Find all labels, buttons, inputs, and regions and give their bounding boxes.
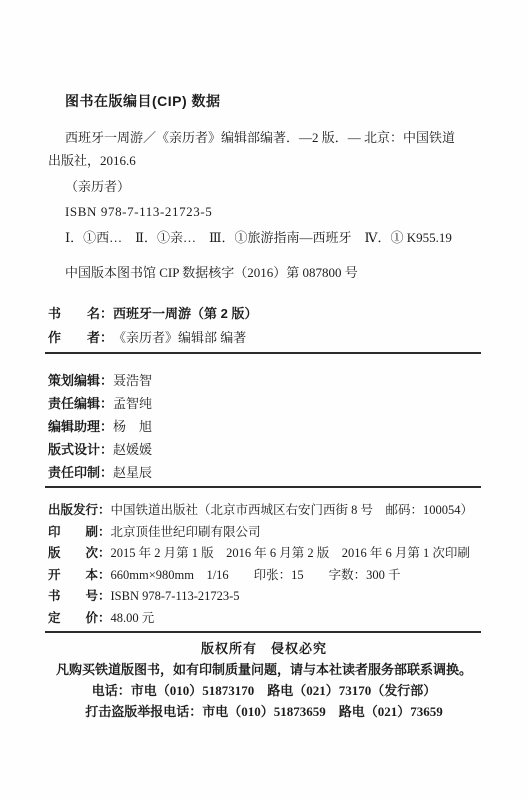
divider-bottom [45, 631, 481, 633]
cip-description-line1: 西班牙一周游／《亲历者》编辑部编著．—2 版．— 北京：中国铁道 [65, 126, 480, 149]
publisher-value: 中国铁道出版社（北京市西城区右安门西街 8 号 邮码：100054） [111, 500, 474, 522]
book-info-block: 书 名： 西班牙一周游（第 2 版） 作 者： 《亲历者》编辑部 编著 [48, 302, 480, 350]
cip-description-line2: 出版社，2016.6 [48, 149, 480, 172]
row-price: 定 价： 48.00 元 [48, 608, 480, 630]
book-title-label: 书 名： [48, 302, 113, 326]
row-layout-designer: 版式设计： 赵媛媛 [48, 438, 480, 461]
piracy-report-phone: 打击盗版举报电话：市电（010）51873659 路电（021）73659 [48, 701, 480, 722]
format-label: 开 本： [48, 565, 111, 587]
cip-data-block: 图书在版编目(CIP) 数据 西班牙一周游／《亲历者》编辑部编著．—2 版．— … [48, 90, 480, 284]
edition-value: 2015 年 2 月第 1 版 2016 年 6 月第 2 版 2016 年 6… [111, 543, 470, 565]
cip-header: 图书在版编目(CIP) 数据 [65, 90, 480, 113]
edition-label: 版 次： [48, 543, 111, 565]
service-phone: 电话：市电（010）51873170 路电（021）73170（发行部） [48, 680, 480, 701]
divider-middle [45, 486, 481, 488]
copyright-statement: 版权所有 侵权必究 [48, 638, 480, 659]
staff-block: 策划编辑： 聂浩智 责任编辑： 孟智纯 编辑助理： 杨 旭 版式设计： 赵媛媛 … [48, 369, 480, 484]
price-value: 48.00 元 [111, 608, 155, 630]
printer-label: 印 刷： [48, 522, 111, 544]
copyright-page: 图书在版编目(CIP) 数据 西班牙一周游／《亲历者》编辑部编著．—2 版．— … [0, 0, 527, 800]
row-print-supervisor: 责任印制： 赵星辰 [48, 461, 480, 484]
row-book-number: 书 号： ISBN 978-7-113-21723-5 [48, 586, 480, 608]
publisher-label: 出版发行： [48, 500, 111, 522]
row-printer: 印 刷： 北京顶佳世纪印刷有限公司 [48, 522, 480, 544]
responsible-editor-label: 责任编辑： [48, 392, 113, 415]
cip-registry-number: 中国版本图书馆 CIP 数据核字（2016）第 087800 号 [65, 261, 480, 284]
row-author: 作 者： 《亲历者》编辑部 编著 [48, 326, 480, 350]
quality-notice: 凡购买铁道版图书，如有印制质量问题，请与本社读者服务部联系调换。 [48, 659, 480, 680]
copyright-notice-block: 版权所有 侵权必究 凡购买铁道版图书，如有印制质量问题，请与本社读者服务部联系调… [48, 638, 480, 722]
price-label: 定 价： [48, 608, 111, 630]
row-book-title: 书 名： 西班牙一周游（第 2 版） [48, 302, 480, 326]
row-planning-editor: 策划编辑： 聂浩智 [48, 369, 480, 392]
book-title-value: 西班牙一周游（第 2 版） [113, 302, 257, 326]
row-publisher: 出版发行： 中国铁道出版社（北京市西城区右安门西街 8 号 邮码：100054） [48, 500, 480, 522]
print-supervisor-label: 责任印制： [48, 461, 113, 484]
editorial-assistant-label: 编辑助理： [48, 415, 113, 438]
cip-classification: Ⅰ．①西… Ⅱ．①亲… Ⅲ．①旅游指南—西班牙 Ⅳ．① K955.19 [65, 226, 480, 249]
publication-block: 出版发行： 中国铁道出版社（北京市西城区右安门西街 8 号 邮码：100054）… [48, 500, 480, 629]
row-editorial-assistant: 编辑助理： 杨 旭 [48, 415, 480, 438]
book-number-value: ISBN 978-7-113-21723-5 [111, 586, 240, 608]
cip-series-name: （亲历者） [65, 175, 480, 198]
row-responsible-editor: 责任编辑： 孟智纯 [48, 392, 480, 415]
printer-value: 北京顶佳世纪印刷有限公司 [111, 522, 261, 544]
responsible-editor-value: 孟智纯 [113, 392, 152, 415]
planning-editor-label: 策划编辑： [48, 369, 113, 392]
layout-designer-value: 赵媛媛 [113, 438, 152, 461]
row-edition: 版 次： 2015 年 2 月第 1 版 2016 年 6 月第 2 版 201… [48, 543, 480, 565]
author-value: 《亲历者》编辑部 编著 [113, 326, 246, 350]
cip-isbn: ISBN 978-7-113-21723-5 [65, 200, 480, 223]
planning-editor-value: 聂浩智 [113, 369, 152, 392]
author-label: 作 者： [48, 326, 113, 350]
editorial-assistant-value: 杨 旭 [113, 415, 152, 438]
book-number-label: 书 号： [48, 586, 111, 608]
layout-designer-label: 版式设计： [48, 438, 113, 461]
format-value: 660mm×980mm 1/16 印张：15 字数：300 千 [111, 565, 401, 587]
divider-top [45, 352, 481, 354]
row-format: 开 本： 660mm×980mm 1/16 印张：15 字数：300 千 [48, 565, 480, 587]
print-supervisor-value: 赵星辰 [113, 461, 152, 484]
